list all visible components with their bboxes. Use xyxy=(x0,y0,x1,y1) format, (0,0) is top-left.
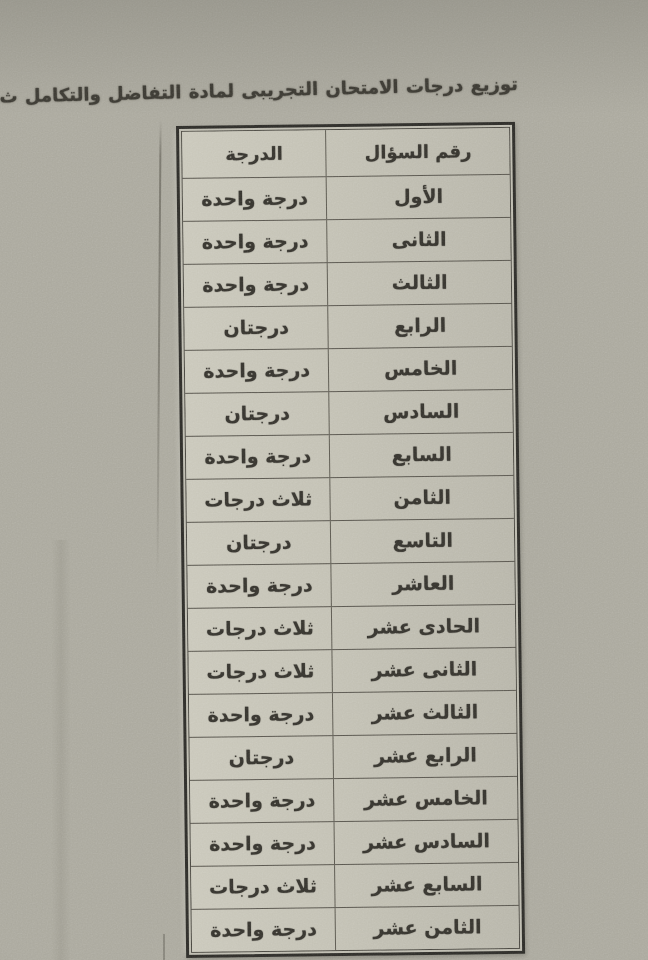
grade-cell: درجة واحدة xyxy=(191,822,335,866)
grade-cell: ثلاث درجات xyxy=(186,478,330,522)
table-row: الرابع درجتان xyxy=(184,303,512,350)
grade-cell: درجة واحدة xyxy=(190,779,334,823)
document-photo: توزيع درجات الامتحان التجريبى لمادة التف… xyxy=(0,0,648,960)
question-cell: السادس xyxy=(329,390,513,434)
grade-cell: درجة واحدة xyxy=(186,435,330,479)
question-column-header: رقم السؤال xyxy=(325,128,509,176)
question-cell: الثالث عشر xyxy=(332,691,516,735)
grades-table-inner: رقم السؤال الدرجة الأول درجة واحدة الثان… xyxy=(181,127,520,953)
grade-cell: ثلاث درجات xyxy=(188,607,332,651)
table-row: السادس عشر درجة واحدة xyxy=(191,819,519,866)
table-row: الحادى عشر ثلاث درجات xyxy=(188,604,516,651)
grade-cell: درجتان xyxy=(189,736,333,780)
grade-cell: درجة واحدة xyxy=(189,693,333,737)
paper-content: توزيع درجات الامتحان التجريبى لمادة التف… xyxy=(0,0,648,960)
table-row: الثانى درجة واحدة xyxy=(183,217,511,264)
grade-cell: ثلاث درجات xyxy=(188,650,332,694)
grade-cell: درجة واحدة xyxy=(185,349,329,393)
grades-table: رقم السؤال الدرجة الأول درجة واحدة الثان… xyxy=(176,122,525,958)
question-cell: الثامن عشر xyxy=(335,906,519,950)
grade-column-header: الدرجة xyxy=(182,130,326,178)
question-cell: العاشر xyxy=(331,562,515,606)
grade-cell: درجة واحدة xyxy=(187,564,331,608)
question-cell: الثانى xyxy=(327,218,511,262)
grade-cell: درجتان xyxy=(187,521,331,565)
table-row: السابع عشر ثلاث درجات xyxy=(191,862,519,909)
table-row: السابع درجة واحدة xyxy=(186,432,514,479)
table-row: التاسع درجتان xyxy=(187,518,515,565)
question-cell: الخامس عشر xyxy=(333,777,517,821)
table-row: الثالث عشر درجة واحدة xyxy=(189,690,517,737)
paper-crease-soft xyxy=(52,540,70,960)
question-cell: الثالث xyxy=(327,261,511,305)
grade-cell: درجتان xyxy=(185,392,329,436)
table-row: الخامس عشر درجة واحدة xyxy=(190,776,518,823)
table-row: الخامس درجة واحدة xyxy=(185,346,513,393)
question-cell: السابع xyxy=(329,433,513,477)
table-row: الثامن عشر درجة واحدة xyxy=(192,905,520,952)
table-row: العاشر درجة واحدة xyxy=(187,561,515,608)
question-cell: الحادى عشر xyxy=(331,605,515,649)
question-cell: الأول xyxy=(326,175,510,219)
table-row: الثالث درجة واحدة xyxy=(184,260,512,307)
grade-cell: درجة واحدة xyxy=(183,177,327,221)
table-row: الثامن ثلاث درجات xyxy=(186,475,514,522)
grade-cell: درجة واحدة xyxy=(192,908,336,952)
table-row: الأول درجة واحدة xyxy=(183,174,511,221)
paper-crease-below-table xyxy=(163,934,165,960)
table-row: الثانى عشر ثلاث درجات xyxy=(188,647,516,694)
grade-cell: درجة واحدة xyxy=(183,220,327,264)
table-row: السادس درجتان xyxy=(185,389,513,436)
question-cell: التاسع xyxy=(330,519,514,563)
question-cell: الخامس xyxy=(328,347,512,391)
table-row: الرابع عشر درجتان xyxy=(189,733,517,780)
paper-crease-line xyxy=(156,120,161,580)
question-cell: الرابع xyxy=(328,304,512,348)
grade-cell: درجتان xyxy=(184,306,328,350)
question-cell: السادس عشر xyxy=(334,820,518,864)
question-cell: الثانى عشر xyxy=(332,648,516,692)
grade-cell: ثلاث درجات xyxy=(191,865,335,909)
question-cell: السابع عشر xyxy=(334,863,518,907)
table-header-row: رقم السؤال الدرجة xyxy=(182,128,510,178)
grade-cell: درجة واحدة xyxy=(184,263,328,307)
question-cell: الثامن xyxy=(330,476,514,520)
question-cell: الرابع عشر xyxy=(333,734,517,778)
page-title: توزيع درجات الامتحان التجريبى لمادة التف… xyxy=(26,74,518,107)
